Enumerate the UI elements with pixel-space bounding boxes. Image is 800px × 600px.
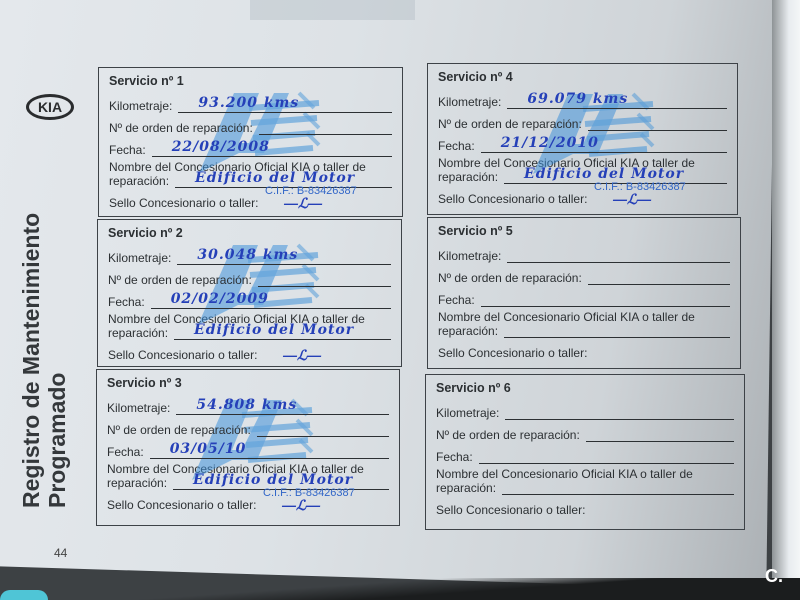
orden-field: Nº de orden de reparación: <box>436 420 734 442</box>
kilometraje-field: Kilometraje: <box>438 241 730 263</box>
concesionario-field: reparación: Edificio del MotorC.I.F.: B-… <box>107 476 389 490</box>
sello-label: Sello Concesionario o taller: <box>109 196 258 210</box>
concesionario-label-line2: reparación: <box>438 324 498 338</box>
fecha-value: 02/02/2009 <box>171 291 269 307</box>
concesionario-value: Edificio del Motor <box>193 472 353 488</box>
service-title: Servicio nº 5 <box>438 224 730 238</box>
concesionario-label-line2: reparación: <box>438 170 498 184</box>
fecha-field: Fecha: 21/12/2010 <box>438 131 727 153</box>
concesionario-value: Edificio del Motor <box>524 166 684 182</box>
fecha-label: Fecha: <box>109 143 146 157</box>
bleed-through-text <box>250 0 415 20</box>
kilometraje-field: Kilometraje: 69.079 kms <box>438 87 727 109</box>
orden-label: Nº de orden de reparación: <box>438 271 582 285</box>
service-box-2: Servicio nº 2 Kilometraje: 30.048 kms Nº… <box>97 219 402 367</box>
concesionario-label-line2: reparación: <box>108 326 168 340</box>
watermark: C. <box>765 566 783 587</box>
signature: —ℒ— <box>282 497 320 514</box>
kilometraje-field: Kilometraje: 30.048 kms <box>108 243 391 265</box>
page-edge <box>772 0 800 600</box>
sello-label: Sello Concesionario o taller: <box>108 348 257 362</box>
section-title: Registro de Mantenimiento Programado <box>18 178 70 508</box>
orden-field: Nº de orden de reparación: <box>438 263 730 285</box>
service-box-5: Servicio nº 5 Kilometraje: Nº de orden d… <box>427 217 741 369</box>
sello-field: Sello Concesionario o taller: <box>436 495 734 517</box>
orden-label: Nº de orden de reparación: <box>438 117 582 131</box>
orden-label: Nº de orden de reparación: <box>109 121 253 135</box>
service-box-6: Servicio nº 6 Kilometraje: Nº de orden d… <box>425 374 745 530</box>
kilometraje-value: 30.048 kms <box>197 247 298 263</box>
kilometraje-field: Kilometraje: 93.200 kms <box>109 91 392 113</box>
fecha-label: Fecha: <box>108 295 145 309</box>
concesionario-label-line1: Nombre del Concesionario Oficial KIA o t… <box>436 468 734 481</box>
sello-field: Sello Concesionario o taller: <box>438 338 730 360</box>
sello-field: Sello Concesionario o taller: —ℒ— <box>108 340 391 362</box>
sello-label: Sello Concesionario o taller: <box>107 498 256 512</box>
service-box-1: Servicio nº 1 Kilometraje: 93.200 kms Nº… <box>98 67 403 217</box>
sello-label: Sello Concesionario o taller: <box>436 503 585 517</box>
concesionario-label-line2: reparación: <box>109 174 169 188</box>
service-title: Servicio nº 3 <box>107 376 389 390</box>
kilometraje-label: Kilometraje: <box>109 99 172 113</box>
fecha-label: Fecha: <box>438 293 475 307</box>
concesionario-label-line2: reparación: <box>107 476 167 490</box>
orden-field: Nº de orden de reparación: <box>108 265 391 287</box>
orden-label: Nº de orden de reparación: <box>108 273 252 287</box>
signature: —ℒ— <box>284 195 322 212</box>
concesionario-label-line2: reparación: <box>436 481 496 495</box>
fecha-field: Fecha: 22/08/2008 <box>109 135 392 157</box>
orden-field: Nº de orden de reparación: <box>107 415 389 437</box>
kilometraje-field: Kilometraje: <box>436 398 734 420</box>
kia-logo: KIA <box>26 94 74 120</box>
fecha-label: Fecha: <box>438 139 475 153</box>
section-title-line1: Registro de Mantenimiento <box>18 178 44 508</box>
fecha-field: Fecha: 03/05/10 <box>107 437 389 459</box>
page-number: 44 <box>54 546 67 560</box>
sello-label: Sello Concesionario o taller: <box>438 346 587 360</box>
service-box-4: Servicio nº 4 Kilometraje: 69.079 kms Nº… <box>427 63 738 215</box>
kilometraje-label: Kilometraje: <box>438 249 501 263</box>
orden-field: Nº de orden de reparación: <box>109 113 392 135</box>
concesionario-field: reparación: Edificio del MotorC.I.F.: B-… <box>438 170 727 184</box>
kilometraje-value: 69.079 kms <box>527 91 628 107</box>
sello-field: Sello Concesionario o taller: —ℒ— <box>107 490 389 512</box>
concesionario-field: reparación: <box>436 481 734 495</box>
fecha-label: Fecha: <box>436 450 473 464</box>
concesionario-field: reparación: Edificio del Motor <box>108 326 391 340</box>
concesionario-value: Edificio del Motor <box>194 322 354 338</box>
kilometraje-label: Kilometraje: <box>436 406 499 420</box>
fecha-field: Fecha: <box>438 285 730 307</box>
fecha-value: 22/08/2008 <box>172 139 270 155</box>
service-title: Servicio nº 6 <box>436 381 734 395</box>
concesionario-label-line1: Nombre del Concesionario Oficial KIA o t… <box>438 311 730 324</box>
sello-field: Sello Concesionario o taller: —ℒ— <box>109 188 392 210</box>
book-shadow <box>0 578 800 600</box>
signature: —ℒ— <box>613 191 651 208</box>
kilometraje-label: Kilometraje: <box>107 401 170 415</box>
orden-label: Nº de orden de reparación: <box>107 423 251 437</box>
kilometraje-label: Kilometraje: <box>438 95 501 109</box>
kilometraje-value: 54.808 kms <box>196 397 297 413</box>
kia-logo-text: KIA <box>38 99 62 115</box>
service-title: Servicio nº 4 <box>438 70 727 84</box>
kilometraje-value: 93.200 kms <box>198 95 299 111</box>
orden-field: Nº de orden de reparación: <box>438 109 727 131</box>
service-title: Servicio nº 2 <box>108 226 391 240</box>
fecha-field: Fecha: <box>436 442 734 464</box>
fecha-value: 03/05/10 <box>170 441 247 457</box>
sello-field: Sello Concesionario o taller: —ℒ— <box>438 184 727 206</box>
background-object <box>0 590 48 600</box>
kilometraje-field: Kilometraje: 54.808 kms <box>107 393 389 415</box>
fecha-label: Fecha: <box>107 445 144 459</box>
fecha-value: 21/12/2010 <box>501 135 599 151</box>
kilometraje-label: Kilometraje: <box>108 251 171 265</box>
fecha-field: Fecha: 02/02/2009 <box>108 287 391 309</box>
concesionario-field: reparación: <box>438 324 730 338</box>
signature: —ℒ— <box>283 347 321 364</box>
concesionario-field: reparación: Edificio del MotorC.I.F.: B-… <box>109 174 392 188</box>
concesionario-value: Edificio del Motor <box>195 170 355 186</box>
sello-label: Sello Concesionario o taller: <box>438 192 587 206</box>
orden-label: Nº de orden de reparación: <box>436 428 580 442</box>
service-title: Servicio nº 1 <box>109 74 392 88</box>
section-title-line2: Programado <box>44 178 70 508</box>
service-box-3: Servicio nº 3 Kilometraje: 54.808 kms Nº… <box>96 369 400 526</box>
